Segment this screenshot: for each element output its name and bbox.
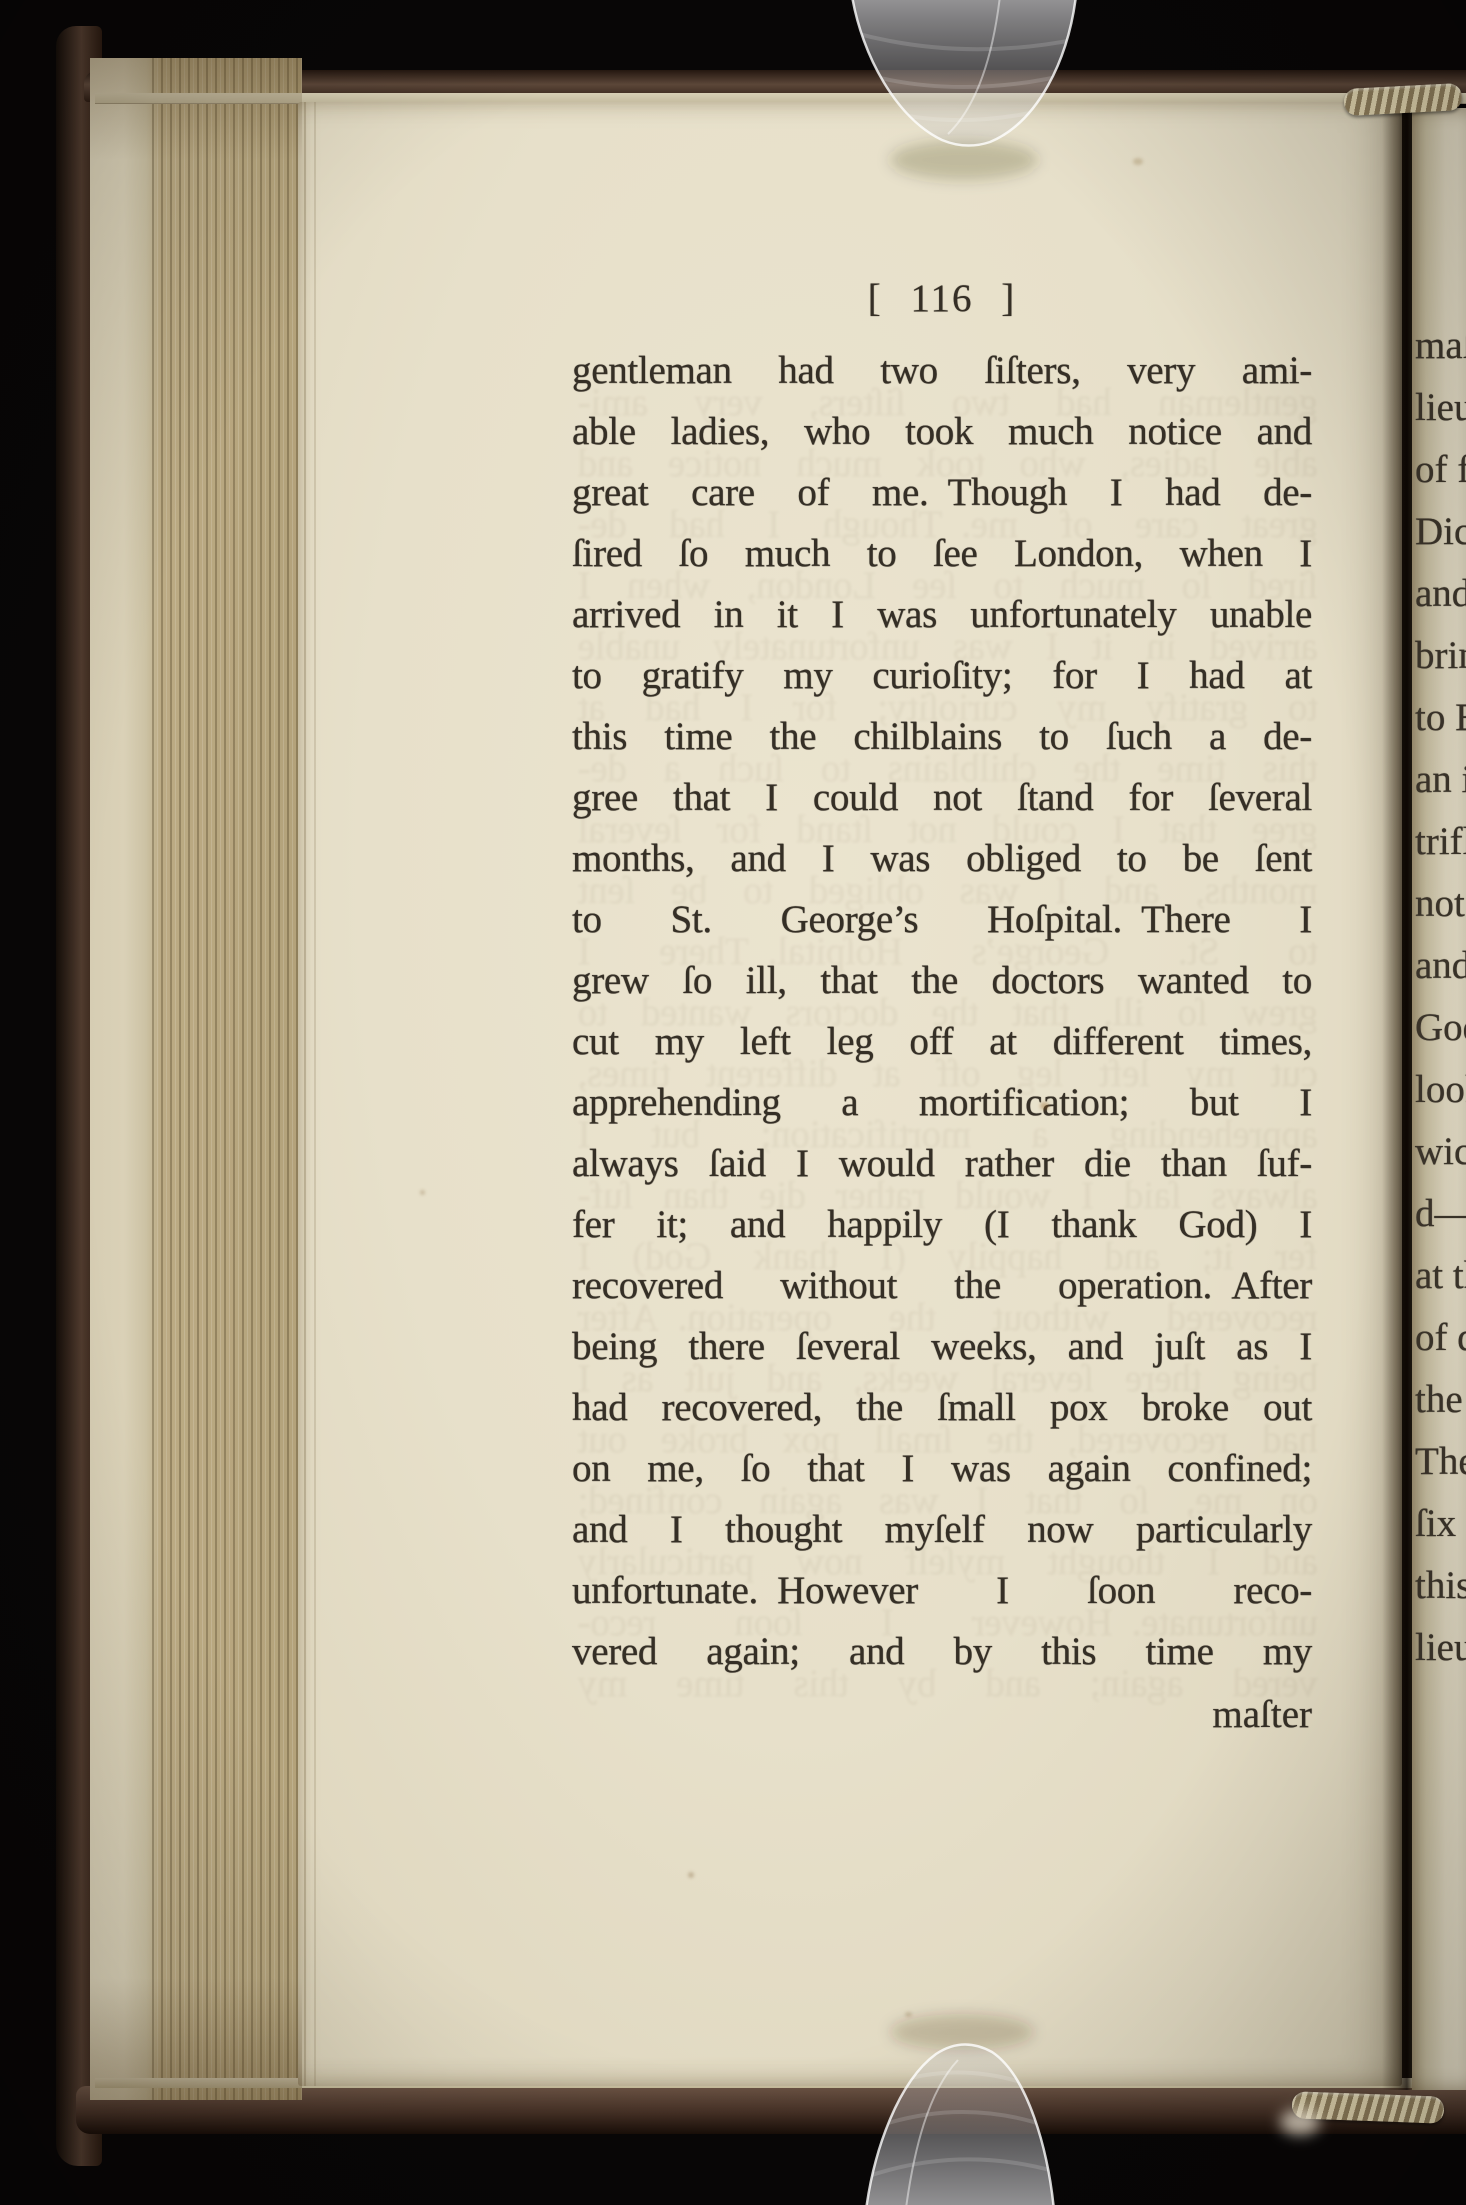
- fragment-line: triflin: [1415, 811, 1466, 873]
- text-line: cut my left leg off at different times,: [572, 1011, 1312, 1072]
- fragment-line: Dick: [1415, 501, 1466, 563]
- fore-edge-page-stack: [90, 58, 302, 2100]
- foxing-speck: [688, 1872, 694, 1878]
- fragment-line: this: [1415, 1555, 1466, 1617]
- endband-bottom: [1292, 2091, 1445, 2123]
- foxing-speck: [905, 2012, 912, 2017]
- fragment-line: an in: [1415, 749, 1466, 811]
- foxing-speck: [1133, 158, 1143, 165]
- fragment-line: of d: [1415, 1307, 1466, 1369]
- gutter-shadow: [1382, 102, 1414, 2090]
- fragment-line: maſte: [1415, 315, 1466, 377]
- fragment-line: d—d: [1415, 1183, 1466, 1245]
- fragment-line: to En: [1415, 687, 1466, 749]
- fragment-line: at th: [1415, 1245, 1466, 1307]
- text-line: gentleman had two ſiſters, very ami-: [572, 340, 1312, 401]
- fragment-line: of fift: [1415, 439, 1466, 501]
- text-line: to St. George’s Hoſpital. There I: [572, 889, 1312, 950]
- fragment-line: The: [1415, 1431, 1466, 1493]
- catchword: maſter: [572, 1692, 1312, 1737]
- fragment-line: and c: [1415, 935, 1466, 997]
- fragment-line: look: [1415, 1059, 1466, 1121]
- book-photograph: gentleman had two ſiſters, very ami-able…: [0, 0, 1466, 2205]
- page-crease: [304, 102, 330, 2086]
- text-line: always ſaid I would rather die than ſuf-: [572, 1133, 1312, 1194]
- text-line: months, and I was obliged to be ſent: [572, 828, 1312, 889]
- text-line: recovered without the operation. After: [572, 1255, 1312, 1316]
- text-line: arrived in it I was unfortunately unable: [572, 584, 1312, 645]
- fragment-line: lieute: [1415, 377, 1466, 439]
- text-line: able ladies, who took much notice and: [572, 401, 1312, 462]
- text-line: being there ſeveral weeks, and juſt as I: [572, 1316, 1312, 1377]
- right-page-text-fragments: maſtelieuteof fiftDickand ſobringto Enan…: [1415, 315, 1466, 1679]
- fragment-line: God.: [1415, 997, 1466, 1059]
- text-line: this time the chilblains to ſuch a de-: [572, 706, 1312, 767]
- fragment-line: lieu: [1415, 1617, 1466, 1679]
- text-line: had recovered, the ſmall pox broke out: [572, 1377, 1312, 1438]
- text-line: to gratify my curioſity; for I had at: [572, 645, 1312, 706]
- text-line: apprehending a mortification; but I: [572, 1072, 1312, 1133]
- text-line: on me, ſo that I was again confined;: [572, 1438, 1312, 1499]
- text-line: grew ſo ill, that the doctors wanted to: [572, 950, 1312, 1011]
- text-line: and I thought myſelf now particularly: [572, 1499, 1312, 1560]
- text-line: gree that I could not ſtand for ſeveral: [572, 767, 1312, 828]
- text-line: ſired ſo much to ſee London, when I: [572, 523, 1312, 584]
- fragment-line: the c: [1415, 1369, 1466, 1431]
- fragment-line: not h: [1415, 873, 1466, 935]
- text-line: fer it; and happily (I thank God) I: [572, 1194, 1312, 1255]
- text-line: great care of me. Though I had de-: [572, 462, 1312, 523]
- fragment-line: wick: [1415, 1121, 1466, 1183]
- foxing-speck: [420, 1190, 425, 1195]
- fragment-line: and ſo: [1415, 563, 1466, 625]
- page-text: gentleman had two ſiſters, very ami-able…: [572, 340, 1312, 1682]
- page-number-header: [ 116 ]: [572, 276, 1312, 321]
- text-line: unfortunate. However I ſoon reco-: [572, 1560, 1312, 1621]
- text-line: vered again; and by this time my: [572, 1621, 1312, 1682]
- foxing-speck: [1040, 1102, 1049, 1110]
- fragment-line: bring: [1415, 625, 1466, 687]
- fragment-line: ſix: [1415, 1493, 1466, 1555]
